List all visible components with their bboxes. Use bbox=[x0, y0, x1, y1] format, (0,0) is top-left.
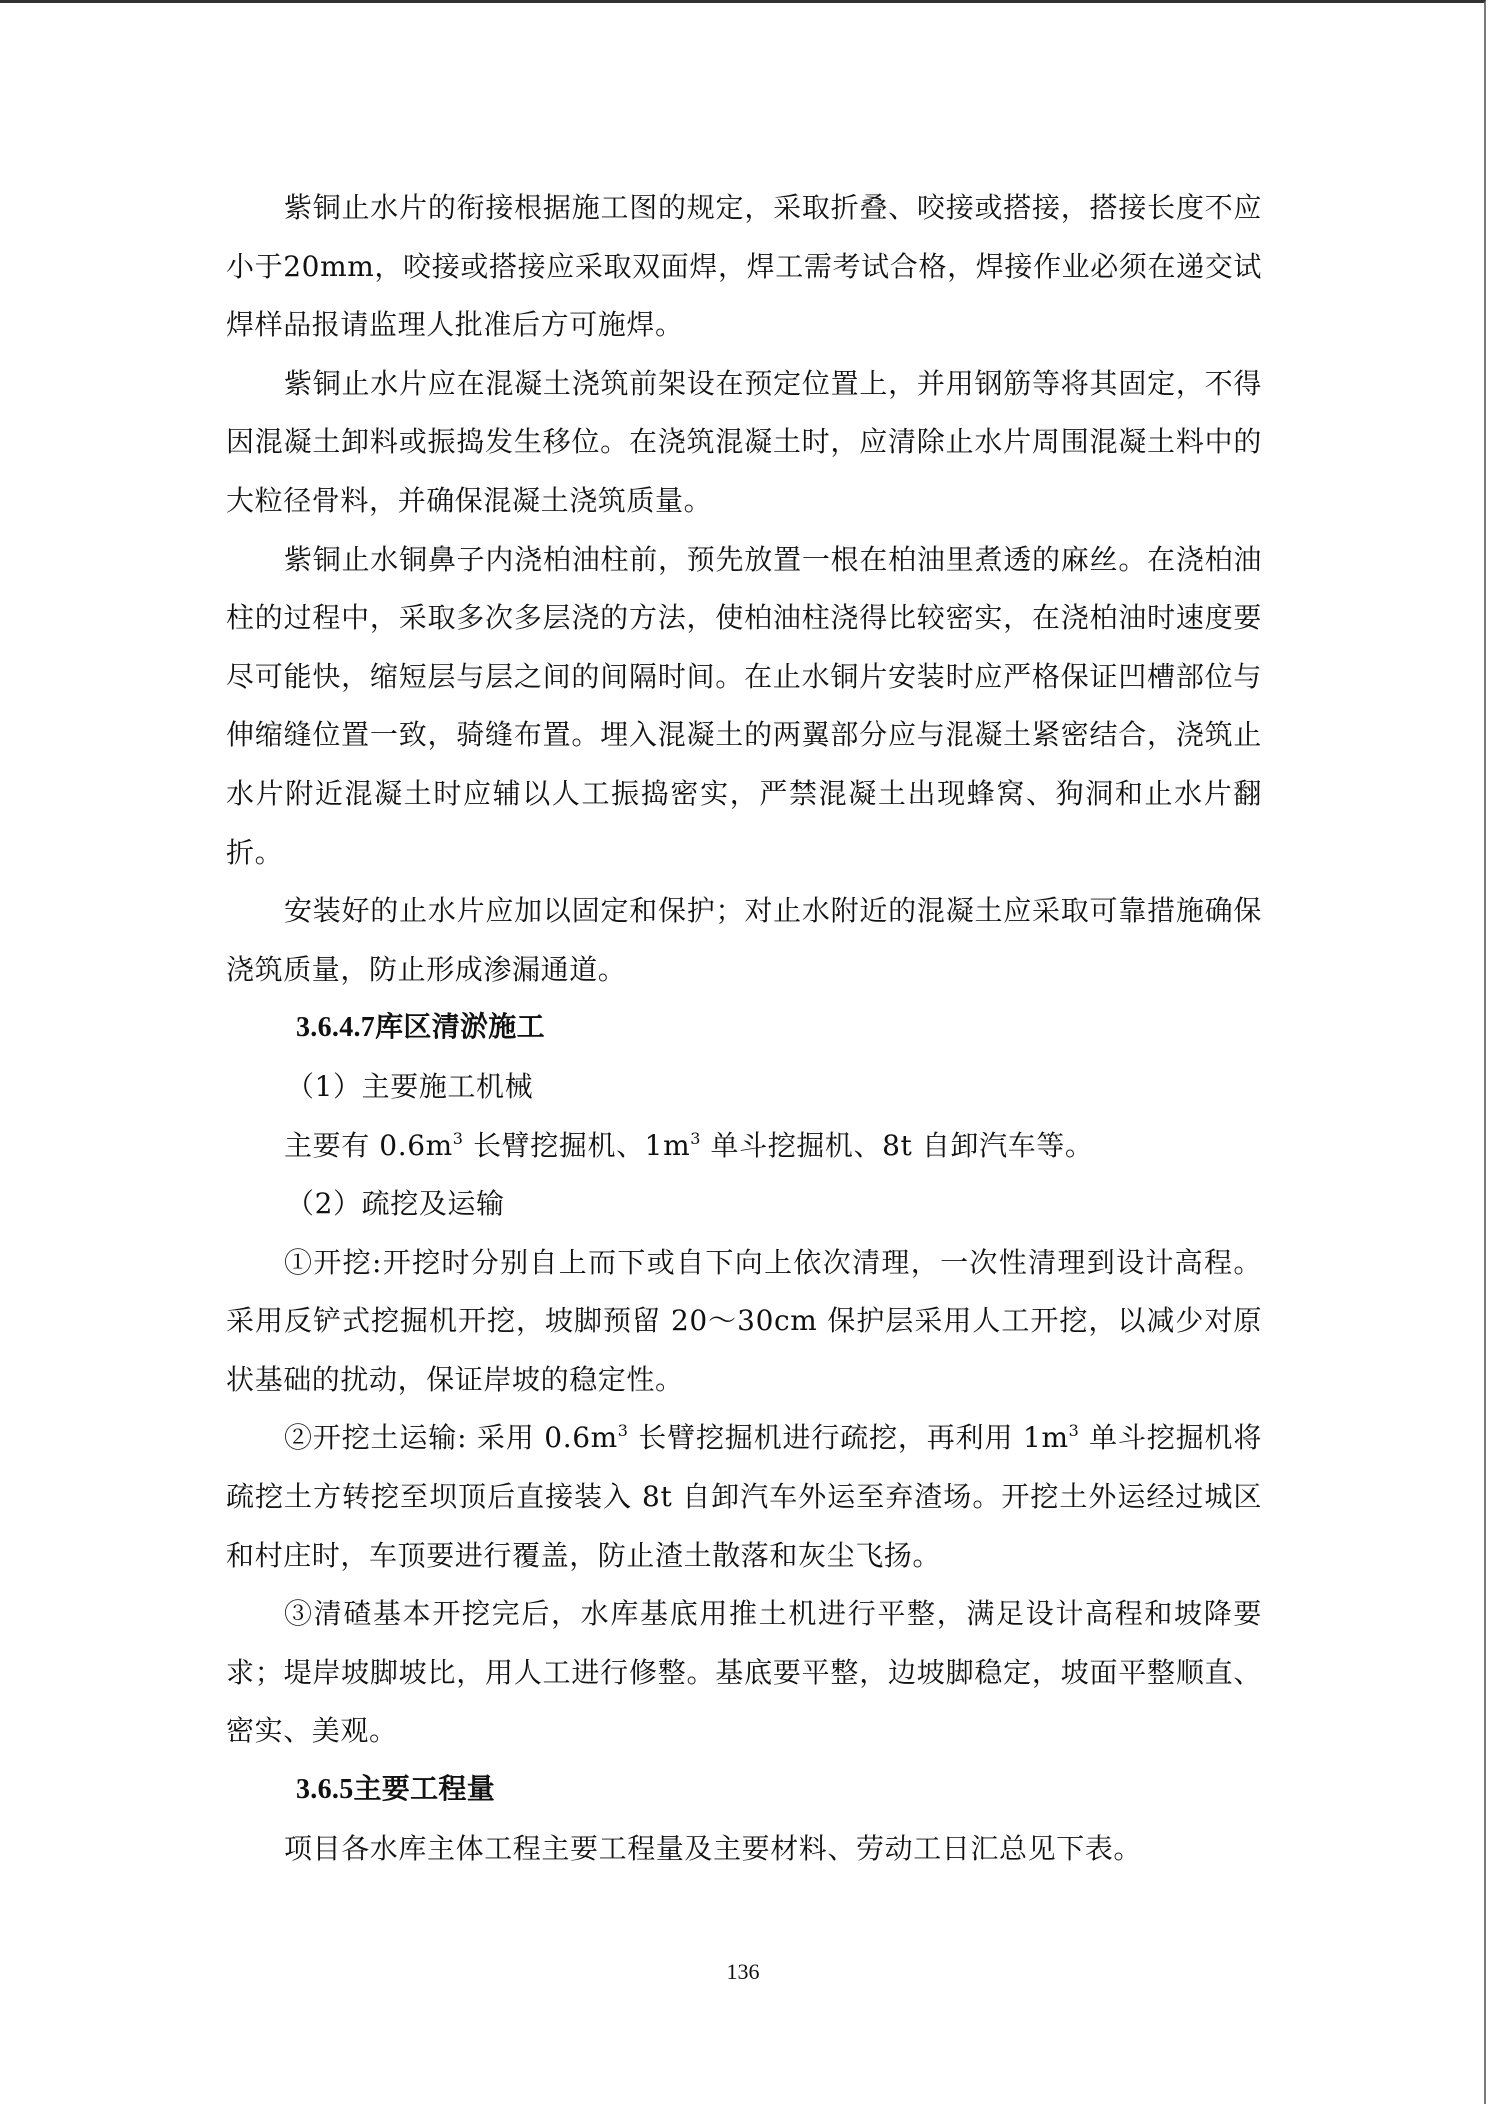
document-page: 紫铜止水片的衔接根据施工图的规定，采取折叠、咬接或搭接，搭接长度不应小于20mm… bbox=[0, 0, 1486, 2104]
paragraph-quantities-summary: 项目各水库主体工程主要工程量及主要材料、劳动工日汇总见下表。 bbox=[226, 1820, 1262, 1879]
superscript: 3 bbox=[618, 1421, 629, 1440]
paragraph-asphalt-column: 紫铜止水铜鼻子内浇柏油柱前，预先放置一根在柏油里煮透的麻丝。在浇柏油柱的过程中，… bbox=[226, 531, 1262, 883]
page-content: 紫铜止水片的衔接根据施工图的规定，采取折叠、咬接或搭接，搭接长度不应小于20mm… bbox=[226, 179, 1262, 1878]
section-heading-365: 3.6.5主要工程量 bbox=[226, 1761, 1262, 1820]
paragraph-excavation: ①开挖:开挖时分别自上而下或自下向上依次清理，一次性清理到设计高程。采用反铲式挖… bbox=[226, 1234, 1262, 1410]
text-fragment: 长臂挖掘机进行疏挖，再利用 1m bbox=[629, 1421, 1069, 1454]
text-fragment: 长臂挖掘机、1m bbox=[464, 1129, 691, 1162]
paragraph-copper-waterstop-placement: 紫铜止水片应在混凝土浇筑前架设在预定位置上，并用钢筋等将其固定，不得因混凝土卸料… bbox=[226, 355, 1262, 531]
subheading-dredging-transport: （2）疏挖及运输 bbox=[226, 1175, 1262, 1234]
paragraph-machinery-list: 主要有 0.6m3 长臂挖掘机、1m3 单斗挖掘机、8t 自卸汽车等。 bbox=[226, 1117, 1262, 1176]
superscript: 3 bbox=[690, 1129, 701, 1148]
text-fragment: 主要有 0.6m bbox=[284, 1129, 453, 1162]
paragraph-waterstop-protection: 安装好的止水片应加以固定和保护；对止水附近的混凝土应采取可靠措施确保浇筑质量，防… bbox=[226, 882, 1262, 999]
paragraph-spoil-transport: ②开挖土运输: 采用 0.6m3 长臂挖掘机进行疏挖，再利用 1m3 单斗挖掘机… bbox=[226, 1409, 1262, 1585]
text-fragment: ②开挖土运输: 采用 0.6m bbox=[284, 1421, 618, 1454]
paragraph-base-leveling: ③清碴基本开挖完后，水库基底用推土机进行平整，满足设计高程和坡降要求；堤岸坡脚坡… bbox=[226, 1585, 1262, 1761]
text-fragment: 单斗挖掘机、8t 自卸汽车等。 bbox=[701, 1129, 1093, 1162]
subheading-machinery: （1）主要施工机械 bbox=[226, 1058, 1262, 1117]
page-number: 136 bbox=[0, 1959, 1486, 1985]
paragraph-copper-waterstop-joint: 紫铜止水片的衔接根据施工图的规定，采取折叠、咬接或搭接，搭接长度不应小于20mm… bbox=[226, 179, 1262, 355]
superscript: 3 bbox=[1069, 1421, 1080, 1440]
superscript: 3 bbox=[453, 1129, 464, 1148]
section-heading-3647: 3.6.4.7库区清淤施工 bbox=[226, 999, 1262, 1058]
